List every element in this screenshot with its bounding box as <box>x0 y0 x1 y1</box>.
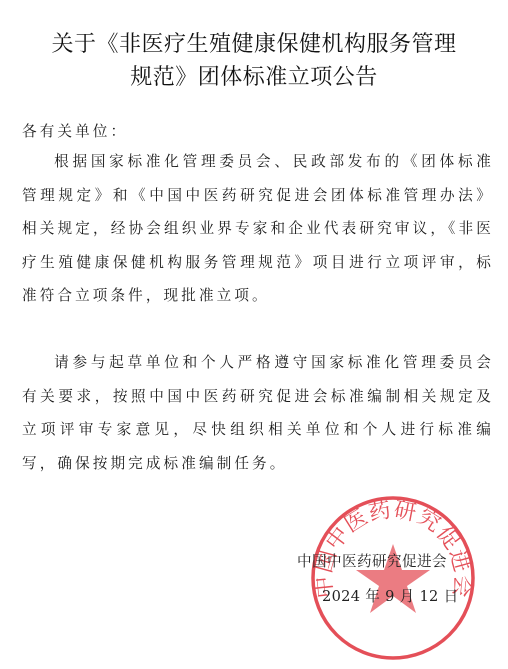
signature-organization: 中国中医药研究促进会 <box>297 550 447 571</box>
salutation: 各有关单位： <box>22 120 494 144</box>
title-line-2: 规范》团体标准立项公告 <box>0 61 508 94</box>
title-line-1: 关于《非医疗生殖健康保健机构服务管理 <box>0 28 508 61</box>
document-title: 关于《非医疗生殖健康保健机构服务管理 规范》团体标准立项公告 <box>0 28 508 94</box>
paragraph-1: 根据国家标准化管理委员会、民政部发布的《团体标准管理规定》和《中国中医药研究促进… <box>22 145 494 313</box>
signature-date: 2024 年 9 月 12 日 <box>322 585 458 606</box>
paragraph-2: 请参与起草单位和个人严格遵守国家标准化管理委员会有关要求，按照中国中医药研究促进… <box>22 346 494 480</box>
official-seal-stamp: 中国中医药研究促进会 <box>309 494 477 662</box>
